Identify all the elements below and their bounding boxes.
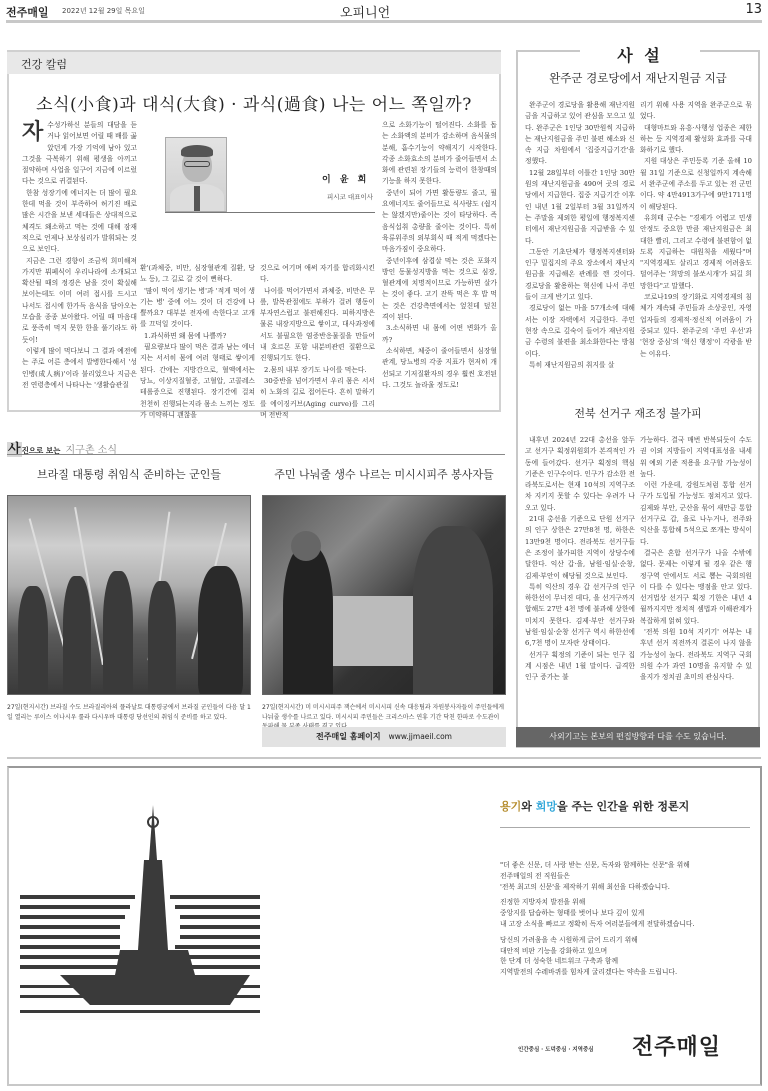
ad-paragraph: 진정한 지방자치 발전을 위해 중앙지를 답습하는 형태를 벗어나 보다 깊이 … <box>500 897 755 929</box>
author-photo <box>165 137 227 212</box>
health-column-tag: 건강 칼럼 <box>7 50 501 74</box>
issue-date: 2022년 12월 29일 목요일 <box>62 6 145 16</box>
paragraph: 이렇게 많이 먹다보니 그 결과 예전에는 주로 어른 층에서 발병한다해서 '… <box>22 346 137 391</box>
health-column-text-1: 자 수성가하신 분들의 대담을 듣거나 읽어보면 어릴 때 배를 곯았던게 가장… <box>22 120 137 410</box>
homepage-url[interactable]: www.jjmaeil.com <box>389 732 452 741</box>
ad-body-text: "더 좋은 신문, 더 사랑 받는 신문, 독자와 함께하는 신문"을 위해 전… <box>500 860 755 983</box>
paragraph: 중년이 되어 가면 활동량도 줄고, 필요에너지도 줄어들므로 식사량도 (쉽지… <box>382 188 497 256</box>
photo-news-divider <box>7 454 505 455</box>
paragraph: 1.과식하면 왜 몸에 나쁠까? <box>140 331 255 342</box>
author-divider <box>165 212 375 213</box>
page-number: 13 <box>745 2 762 17</box>
paragraph: 소식하면, 체중이 줄어들면서 심장혈관계, 당뇨병의 각종 지표가 현저히 개… <box>382 346 497 391</box>
paragraph: 21대 총선을 기준으로 단원 선거구의 인구 상한은 27만8천 명, 하한은… <box>525 514 635 582</box>
paragraph: 선거구 획정의 기준이 되는 인구 집계 시점은 내년 1월 말이다. 급격한 … <box>525 650 635 684</box>
ad-slogan-divider <box>500 827 750 828</box>
ad-line: 중앙지를 답습하는 형태를 벗어나 보다 깊이 있게 <box>500 908 755 919</box>
health-column-headline: 소식(小食)과 대식(大食) · 과식(過食) 나는 어느 쪽일까? <box>0 90 508 115</box>
mississippi-volunteers-photo <box>262 495 506 695</box>
ad-paragraph: 당신의 가려움을 속 시원하게 긁어 드리기 위해 대안적 비판 기능을 강화하… <box>500 935 755 978</box>
photo1-caption: 27일(현지시간) 브라질 수도 브라질리아의 플라날토 대통령궁에서 브라질 … <box>7 703 251 722</box>
ad-logo: 전주매일 <box>632 1030 721 1061</box>
ad-motto: 인간중심 · 도덕중심 · 지역중심 <box>518 1045 594 1053</box>
paragraph: 지금은 그런 경향이 조금씩 희미해져가지만 뷔페식이 우리나라에 소개되고 확… <box>22 256 137 346</box>
ad-divider <box>7 757 761 759</box>
paragraph: 그동안 기초단체가 행정복지센터와 인구 밀집지의 주요 장소에서 재난지원금을… <box>525 247 635 303</box>
slogan-part: 와 <box>521 800 535 813</box>
paragraph: 내후년 2024년 22대 총선을 앞두고 선거구 획정위원회가 본격적인 가동… <box>525 435 635 514</box>
ad-line: "더 좋은 신문, 더 사랑 받는 신문, 독자와 함께하는 신문"을 위해 <box>500 860 755 871</box>
paragraph: 유희태 군수는 "경제가 어렵고 민생 안정도 중요한 만큼 재난지원금은 최대… <box>640 213 752 292</box>
paragraph: 완주군이 경로당을 활용해 재난지원금을 지급하고 있어 관심을 모으고 있다.… <box>525 100 635 168</box>
ad-line: 대안적 비판 기능을 강화하고 있으며 <box>500 946 755 957</box>
editorial1-text-2: 리기 위해 사용 지역을 완주군으로 묶었다. 대형마트와 유흥·사행성 업종은… <box>640 100 752 390</box>
brazil-soldiers-photo <box>7 495 251 695</box>
section-title: 오피니언 <box>340 2 390 21</box>
editorial1-headline: 완주군 경로당에서 재난지원금 지급 <box>518 70 758 86</box>
slogan-part: 을 주는 인간을 위한 정론지 <box>557 800 689 813</box>
paragraph: 코로나19의 장기화로 지역경제의 침체가 계속돼 주민들과 소상공인, 자영업… <box>640 292 752 360</box>
paragraph: 중년이후에 삼겹살 먹는 것은 포화지방인 동물성지방을 먹는 것으로 심장, … <box>382 256 497 324</box>
homepage-banner[interactable]: 전주매일 홈페이지www.jjmaeil.com <box>262 727 506 747</box>
editorial2-text-1: 내후년 2024년 22대 총선을 앞두고 선거구 획정위원회가 본격적인 가동… <box>525 435 635 735</box>
paragraph: 2.몸의 내부 장기도 나이를 먹는다. <box>260 365 375 376</box>
paragraph: 경로당이 없는 마을 57개소에 대해서는 이장 자택에서 지급한다. 주민 현… <box>525 303 635 359</box>
health-column-text-4: 으로 소화기능이 떨어진다. 소화를 돕는 소화액의 분비가 감소하며 음식물의… <box>382 120 497 410</box>
paragraph: 한참 성장기에 에너지는 더 많이 필요한데 먹을 것이 부족하여 허기진 배로… <box>22 188 137 256</box>
masthead-logo: 전주매일 <box>6 4 49 20</box>
paragraph: 것으로 여기며 애써 자기를 합리화시킨다. <box>260 263 375 286</box>
ad-line: 당신의 가려움을 속 시원하게 긁어 드리기 위해 <box>500 935 755 946</box>
paragraph: 리기 위해 사용 지역을 완주군으로 묶었다. <box>640 100 752 123</box>
paragraph: 특히 익산의 경우 갑 선거구의 인구 하한선이 무너진 데다, 을 선거구까지… <box>525 582 635 650</box>
paragraph: 이런 가운데, 강원도처럼 통합 선거구가 도입될 가능성도 점쳐지고 있다. … <box>640 480 752 548</box>
paragraph: 3.소식하면 내 몸에 어떤 변화가 올까? <box>382 323 497 346</box>
slogan-courage: 용기 <box>500 800 521 813</box>
dropcap: 자 <box>22 121 43 143</box>
paragraph: 결국은 혼합 선거구가 나올 수밖에 없다. 문제는 이렇게 될 경우 같은 행… <box>640 548 752 627</box>
paragraph: 환'(과체중, 비만, 심장혈관계 질환, 당뇨 등), 그 길로 갈 것이 뻔… <box>140 263 255 286</box>
editorial2-text-2: 가능하다. 결국 매번 반복되듯이 수도권 이외 지방들이 지역대표성을 내세워… <box>640 435 752 735</box>
ad-line: '전북 최고의 신문'을 제작하기 위해 최선을 다하겠습니다. <box>500 882 755 893</box>
slogan-hope: 희망 <box>536 800 557 813</box>
ad-slogan: 용기와 희망을 주는 인간을 위한 정론지 <box>500 798 689 814</box>
ad-line: 한 단계 더 성숙한 네트워크 구축과 함께 <box>500 956 755 967</box>
ad-line: 지역발전의 수레바퀴를 힘차게 굴리겠다는 약속을 드립니다. <box>500 967 755 978</box>
paragraph: '많이 먹어 생기는 병'과 '적게 먹어 생기는 병' 중에 어느 것이 더 … <box>140 286 255 331</box>
health-column-text-3: 것으로 여기며 애써 자기를 합리화시킨다. 나이를 먹어가면서 과체중, 비만… <box>260 263 375 410</box>
ad-paragraph: "더 좋은 신문, 더 사랑 받는 신문, 독자와 함께하는 신문"을 위해 전… <box>500 860 755 892</box>
editorial-title: 사 설 <box>580 43 700 66</box>
photo1-headline: 브라질 대통령 취임식 준비하는 군인들 <box>7 466 251 482</box>
paragraph: 으로 소화기능이 떨어진다. 소화를 돕는 소화액의 분비가 감소하며 음식물의… <box>382 120 497 188</box>
header-divider <box>6 20 762 23</box>
paragraph: 지원 대상은 주민등록 기준 올해 10월 31일 기준으로 신청일까지 계속해… <box>640 156 752 212</box>
paragraph: 특히 재난지원금의 취지를 살 <box>525 360 635 371</box>
author-name: 이 윤 희 <box>322 172 369 185</box>
photo2-headline: 주민 나눠줄 생수 나르는 미시시피주 봉사자들 <box>262 466 506 482</box>
paragraph: 30중반을 넘어가면서 우리 몸은 서서히 노화의 길로 접어든다. 흔히 말하… <box>260 376 375 421</box>
health-column-text-2: 환'(과체중, 비만, 심장혈관계 질환, 당뇨 등), 그 길로 갈 것이 뻔… <box>140 263 255 410</box>
ad-line: 전주매일의 전 직원들은 <box>500 871 755 882</box>
ad-line: 진정한 지방자치 발전을 위해 <box>500 897 755 908</box>
paragraph: 가능하다. 결국 매번 반복되듯이 수도권 이외 지방들이 지역대표성을 내세워… <box>640 435 752 480</box>
paragraph: 대형마트와 유흥·사행성 업종은 제한하는 등 지역경제 활성화 효과를 극대화… <box>640 123 752 157</box>
editorial2-headline: 전북 선거구 재조정 불가피 <box>518 405 758 421</box>
paragraph: 필요량보다 많이 먹은 결과 남는 에너지는 서서히 몸에 여러 형태로 쌓이게… <box>140 342 255 421</box>
editorial1-text-1: 완주군이 경로당을 활용해 재난지원금을 지급하고 있어 관심을 모으고 있다.… <box>525 100 635 390</box>
ad-line: 내 고장 소식을 빠르고 정확히 독자 여러분들에게 전달하겠습니다. <box>500 919 755 930</box>
homepage-label: 전주매일 홈페이지 <box>316 732 381 741</box>
health-column-tag-label: 건강 칼럼 <box>21 56 67 72</box>
tower-illustration-icon <box>20 800 260 1020</box>
paragraph: 나이를 먹어가면서 과체중, 비만은 무릎, 발목관절에도 부하가 걸려 행동이… <box>260 286 375 365</box>
paragraph: 12월 28일부터 이틀간 1인당 30만 원의 재난지원금을 490여 곳의 … <box>525 168 635 247</box>
paragraph: '전북 의원 10석 지키기' 여부는 내후년 선거 직전까지 결론이 나지 않… <box>640 627 752 683</box>
author-title: 피시코 대표이사 <box>327 192 373 201</box>
editorial-disclaimer: 사외기고는 본보의 편집방향과 다를 수도 있습니다. <box>516 727 760 747</box>
